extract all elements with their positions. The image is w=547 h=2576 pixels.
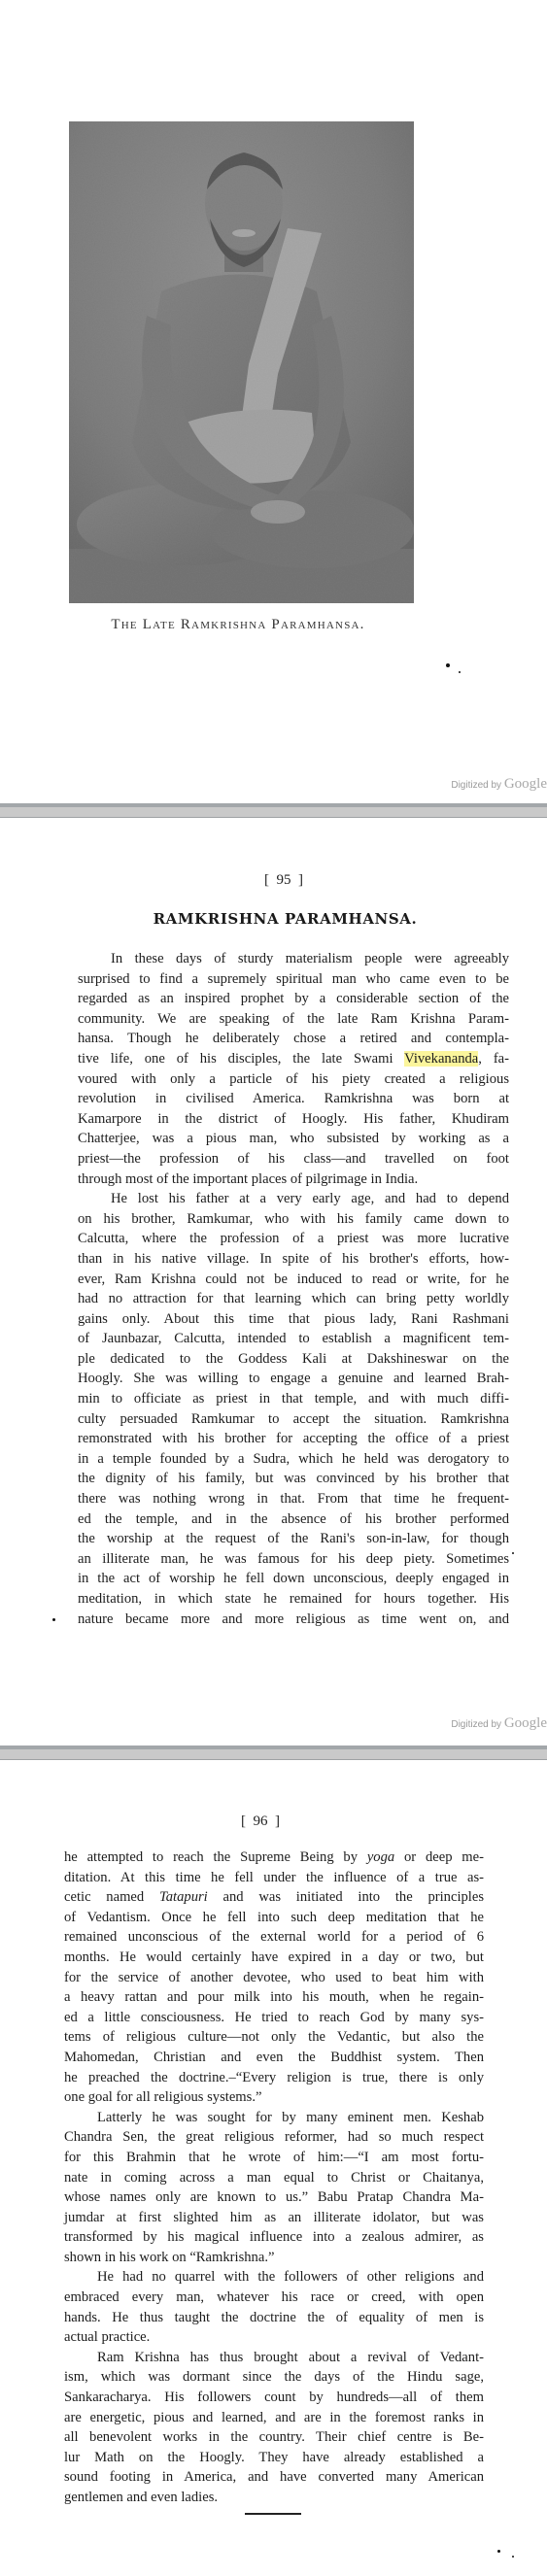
text-line: Hoogly. She was willing to engage a genu… [78,1369,509,1389]
page-separator [0,1746,547,1760]
text-line: transformed by his magical influence int… [64,2227,484,2248]
google-wordmark: Google [504,1715,547,1731]
text-line: cetic named Tatapuri and was initiated i… [64,1887,484,1908]
text-line: meditation, in which state he remained f… [78,1589,509,1610]
text-line: all benevolent works in the country. The… [64,2427,484,2448]
text-line: in the act of worship he fell down uncon… [78,1569,509,1589]
text-line: ever, Ram Krishna could not be induced t… [78,1270,509,1290]
scan-speck [512,2556,514,2558]
highlighted-term: Vivekananda [404,1051,478,1067]
text-line: ed a little consciousness. He tried to r… [64,2008,484,2028]
text-line: are energetic, pious and learned, and ar… [64,2408,484,2428]
text-line: ism, which was dormant since the days of… [64,2367,484,2388]
text-line: Chatterjee, was a pious man, who subsist… [78,1129,509,1149]
text-line: remained unconscious of the external wor… [64,1927,484,1948]
text-line: the dignity of his family, but was convi… [78,1469,509,1489]
text-line: culty persuaded Ramkumar to accept the s… [78,1409,509,1430]
text-line: Calcutta, where the profession of a prie… [78,1229,509,1249]
text-line: Latterly he was sought for by many emine… [64,2108,484,2128]
text-line: embraced every man, whatever his race or… [64,2288,484,2308]
scan-speck [512,1552,514,1554]
text-line: remonstrated with his brother for accept… [78,1429,509,1449]
text-line: shown in his work on “Ramkrishna.” [64,2248,484,2268]
text-line: of Jaunbazar, Calcutta, intended to esta… [78,1329,509,1349]
google-wordmark: Google [504,776,547,792]
text-line: one goal for all religious systems.” [64,2087,484,2108]
text-line: hansa. Though he deliberately chose a re… [78,1029,509,1049]
text-line: Chandra Sen, the great religious reforme… [64,2127,484,2148]
text-line: Kamarpore in the district of Hoogly. His… [78,1109,509,1130]
page-96-body: he attempted to reach the Supreme Being … [64,1847,484,2508]
page-separator [0,803,547,818]
text-line: nature became more and more religious as… [78,1610,509,1630]
text-line: had no attraction for that learning whic… [78,1289,509,1309]
text-line: ditation. At this time he fell under the… [64,1868,484,1888]
digitized-by-google-watermark: Digitized by Google [451,1715,547,1732]
text-line: on his brother, Ramkumar, who with his f… [78,1209,509,1230]
text-line: tems of religious culture—not only the V… [64,2027,484,2048]
text-line: revolution in civilised America. Ramkris… [78,1089,509,1109]
text-line: sound footing in America, and have conve… [64,2467,484,2488]
text-line: he attempted to reach the Supreme Being … [64,1847,484,1868]
scan-speck [52,1618,55,1621]
text-line: community. We are speaking of the late R… [78,1009,509,1030]
text-line: surprised to find a supremely spiritual … [78,969,509,990]
text-line: in a temple founded by a Sudra, which he… [78,1449,509,1470]
text-line: min to officiate as priest in that templ… [78,1389,509,1409]
portrait-illustration [69,121,414,603]
text-line: Ram Krishna has thus brought about a rev… [64,2348,484,2368]
portrait-photograph [69,121,414,603]
scan-speck [446,663,450,667]
text-line: Mahomedan, Christian and even the Buddhi… [64,2048,484,2068]
text-line: jumdar at first slighted him as an illit… [64,2208,484,2228]
text-line: gentlemen and even ladies. [64,2488,484,2508]
text-line: he preached the doctrine.–“Every religio… [64,2068,484,2088]
italic-term: Tatapuri [159,1889,208,1905]
text-line: gains only. About this time that pious l… [78,1309,509,1330]
text-line: for this Brahmin that he wrote of him:—“… [64,2148,484,2168]
text-line: priest—the profession of his class—and t… [78,1149,509,1169]
digitized-prefix: Digitized by [451,1719,501,1730]
text-line: there was nothing wrong in that. From th… [78,1489,509,1509]
text-line: ed the temple, and in the absence of his… [78,1509,509,1530]
end-rule [245,2513,301,2515]
text-line: Sankaracharya. His followers count by hu… [64,2388,484,2408]
text-line: for the service of another devotee, who … [64,1968,484,1988]
scan-speck [497,2550,500,2553]
text-line: of Vedantism. Once he fell into such dee… [64,1908,484,1928]
page-number: [ 95 ] [264,872,303,889]
text-line: tive life, one of his disciples, the lat… [78,1049,509,1069]
text-line: ple dedicated to the Goddess Kali at Dak… [78,1349,509,1370]
text-line: actual practice. [64,2327,484,2348]
text-line: through most of the important places of … [78,1169,509,1190]
text-line: hands. He thus taught the doctrine the o… [64,2308,484,2328]
text-line: the worship at the request of the Rani's… [78,1529,509,1549]
text-line: In these days of sturdy materialism peop… [78,949,509,969]
page-number: [ 96 ] [241,1813,280,1830]
text-line: months. He would certainly have expired … [64,1948,484,1968]
photo-caption: The Late Ramkrishna Paramhansa. [0,617,476,633]
article-heading: RAMKRISHNA PARAMHANSA. [0,910,547,928]
text-line: a heavy rattan and pour milk into his mo… [64,1987,484,2008]
text-line: an illiterate man, he was famous for his… [78,1549,509,1570]
digitized-prefix: Digitized by [451,780,501,791]
page-95-body: In these days of sturdy materialism peop… [78,949,509,1629]
text-line: than in his native village. In spite of … [78,1249,509,1270]
italic-term: yoga [367,1849,394,1865]
text-line: He lost his father at a very early age, … [78,1189,509,1209]
text-line: lur Math on the Hoogly. They have alread… [64,2448,484,2468]
text-line: whose names only are known to us.” Babu … [64,2187,484,2208]
scan-speck [459,671,461,673]
text-line: He had no quarrel with the followers of … [64,2267,484,2288]
digitized-by-google-watermark: Digitized by Google [451,776,547,793]
text-line: nate in coming across a man equal to Chr… [64,2168,484,2188]
text-line: voured with only a particle of his piety… [78,1069,509,1090]
text-line: regarded as an inspired prophet by a con… [78,989,509,1009]
